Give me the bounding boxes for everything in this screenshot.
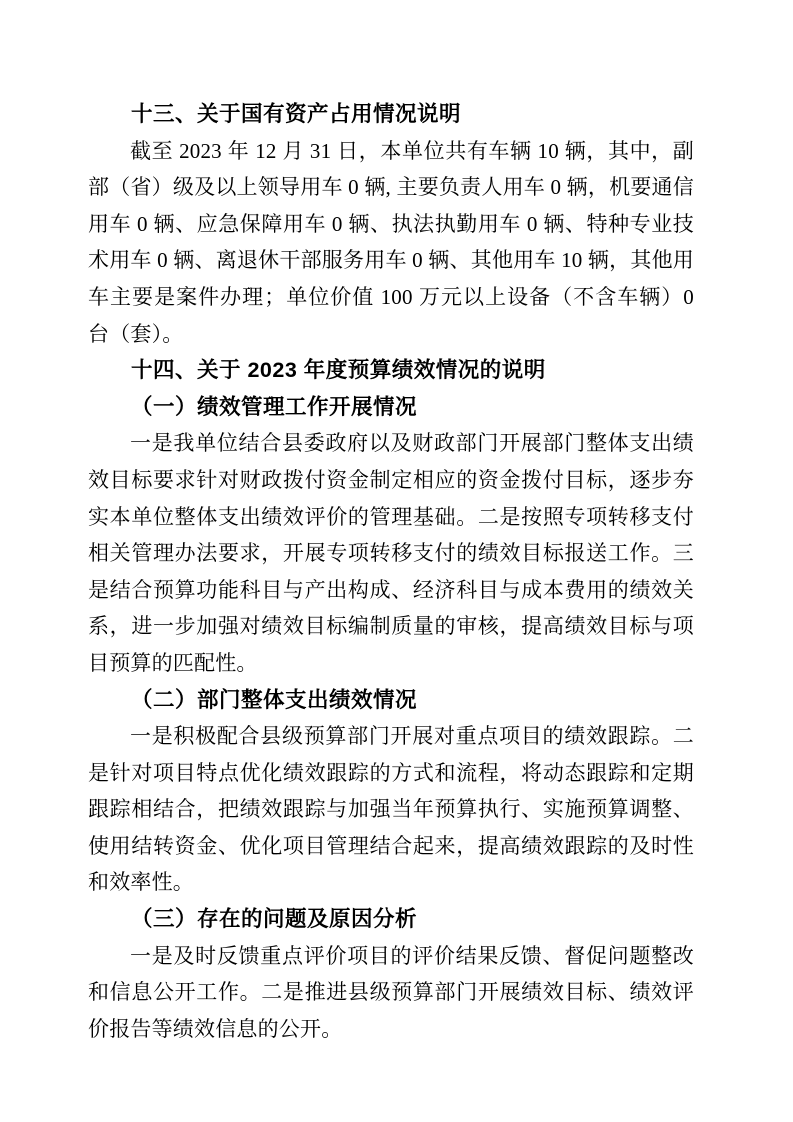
document-content: 十三、关于国有资产占用情况说明 截至 2023 年 12 月 31 日，本单位共… — [88, 96, 694, 1047]
paragraph-performance-management: 一是我单位结合县委政府以及财政部门开展部门整体支出绩效目标要求针对财政拨付资金制… — [88, 425, 694, 681]
subheading-department-expenditure: （二）部门整体支出绩效情况 — [88, 682, 694, 719]
subheading-performance-management: （一）绩效管理工作开展情况 — [88, 389, 694, 426]
paragraph-vehicle-assets: 截至 2023 年 12 月 31 日，本单位共有车辆 10 辆，其中，副部（省… — [88, 133, 694, 353]
document-page: 十三、关于国有资产占用情况说明 截至 2023 年 12 月 31 日，本单位共… — [0, 0, 793, 1122]
subheading-problems-analysis: （三）存在的问题及原因分析 — [88, 901, 694, 938]
paragraph-problems-analysis: 一是及时反馈重点评价项目的评价结果反馈、督促问题整改和信息公开工作。二是推进县级… — [88, 938, 694, 1048]
paragraph-department-expenditure: 一是积极配合县级预算部门开展对重点项目的绩效跟踪。二是针对项目特点优化绩效跟踪的… — [88, 718, 694, 901]
section-heading-state-assets: 十三、关于国有资产占用情况说明 — [88, 96, 694, 133]
section-heading-budget-performance: 十四、关于 2023 年度预算绩效情况的说明 — [88, 352, 694, 389]
